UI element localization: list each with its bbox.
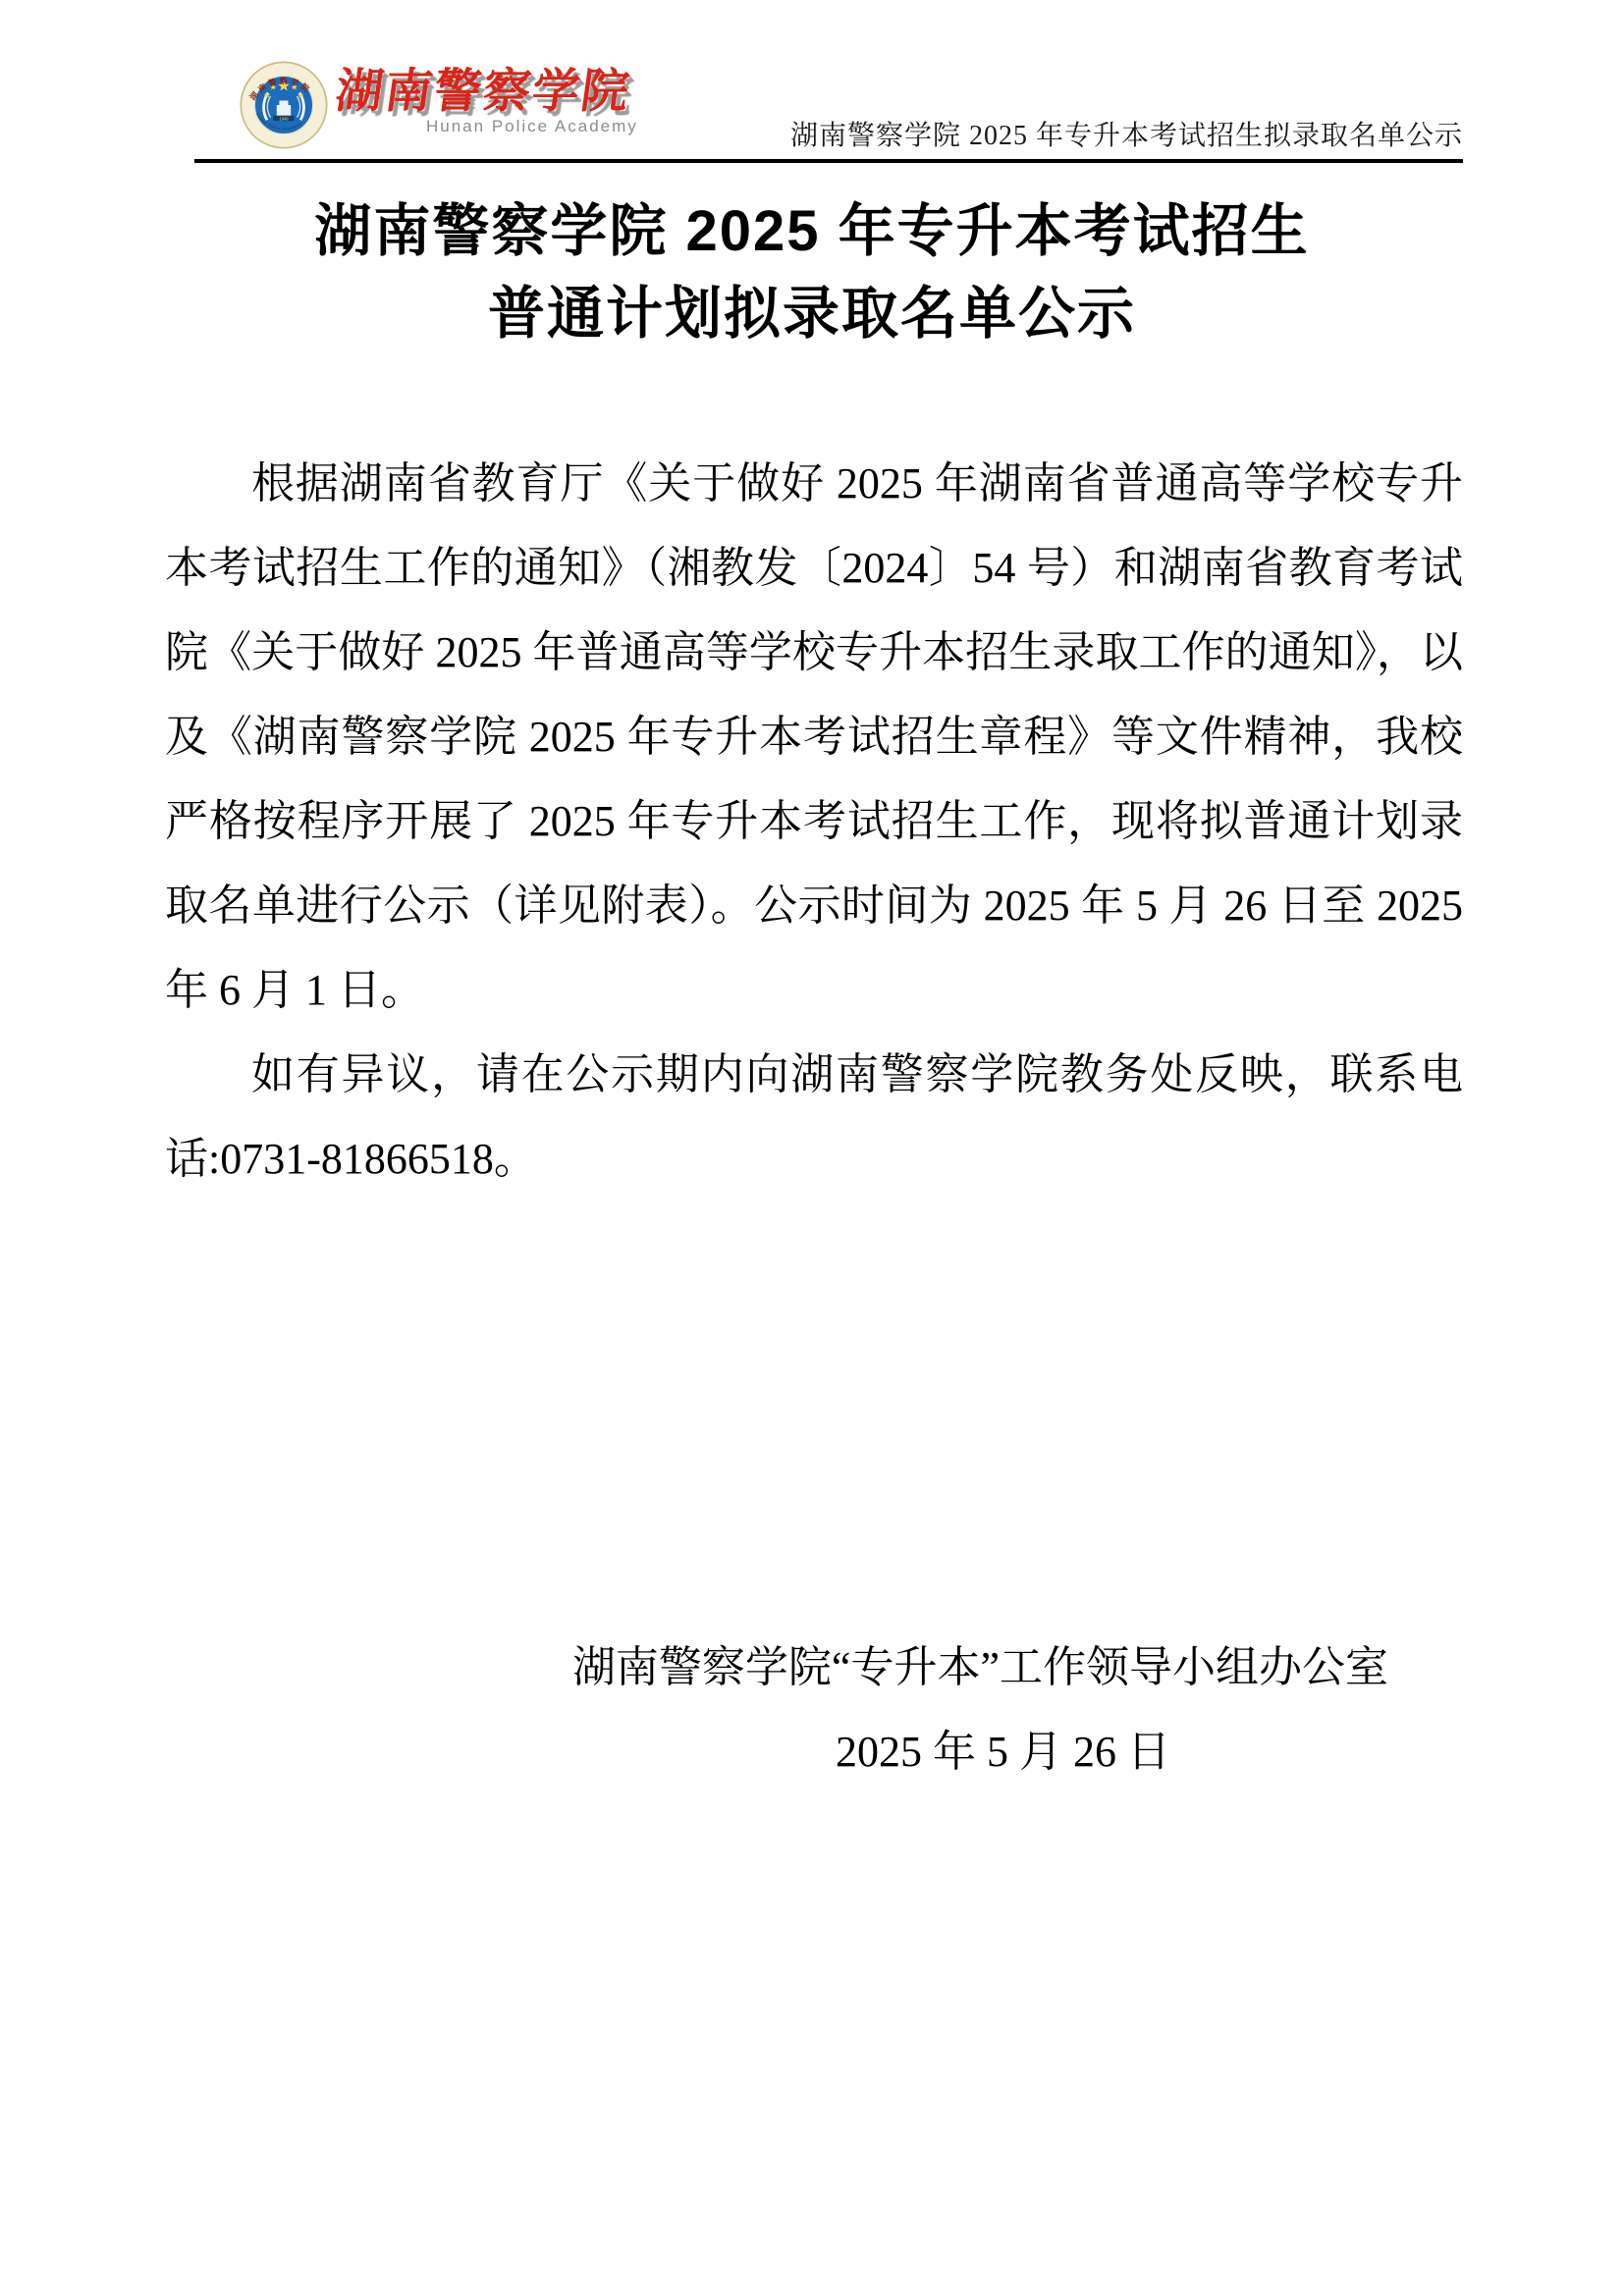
logo-text-block: 湖南警察学院 Hunan Police Academy	[336, 61, 638, 136]
header-doc-reference: 湖南警察学院 2025 年专升本考试招生拟录取名单公示	[790, 114, 1463, 153]
school-name-english: Hunan Police Academy	[336, 117, 638, 136]
school-name-calligraphy: 湖南警察学院	[332, 65, 642, 119]
document-page: 1949 湖南警察学院 Hunan Police Academy 湖南警察学院 …	[0, 0, 1624, 2296]
title-line-2: 普通计划拟录取名单公示	[0, 273, 1624, 355]
school-logo: 1949 湖南警察学院 Hunan Police Academy 湖南警察学院 …	[240, 61, 638, 149]
signature-date: 2025 年 5 月 26 日	[165, 1710, 1463, 1794]
school-emblem-icon: 1949 湖南警察学院 Hunan Police Academy	[240, 61, 328, 149]
emblem-year: 1949	[279, 116, 289, 121]
document-title: 湖南警察学院 2025 年专升本考试招生 普通计划拟录取名单公示	[0, 190, 1624, 355]
body-paragraph-1: 根据湖南省教育厅《关于做好 2025 年湖南省普通高等学校专升本考试招生工作的通…	[165, 442, 1463, 1033]
title-line-1: 湖南警察学院 2025 年专升本考试招生	[0, 190, 1624, 273]
signature-block: 湖南警察学院“专升本”工作领导小组办公室 2025 年 5 月 26 日	[165, 1626, 1463, 1794]
signature-office: 湖南警察学院“专升本”工作领导小组办公室	[165, 1626, 1463, 1710]
document-body: 根据湖南省教育厅《关于做好 2025 年湖南省普通高等学校专升本考试招生工作的通…	[165, 442, 1463, 1201]
body-paragraph-2: 如有异议，请在公示期内向湖南警察学院教务处反映，联系电话:0731-818665…	[165, 1033, 1463, 1201]
document-header: 1949 湖南警察学院 Hunan Police Academy 湖南警察学院 …	[194, 55, 1463, 163]
